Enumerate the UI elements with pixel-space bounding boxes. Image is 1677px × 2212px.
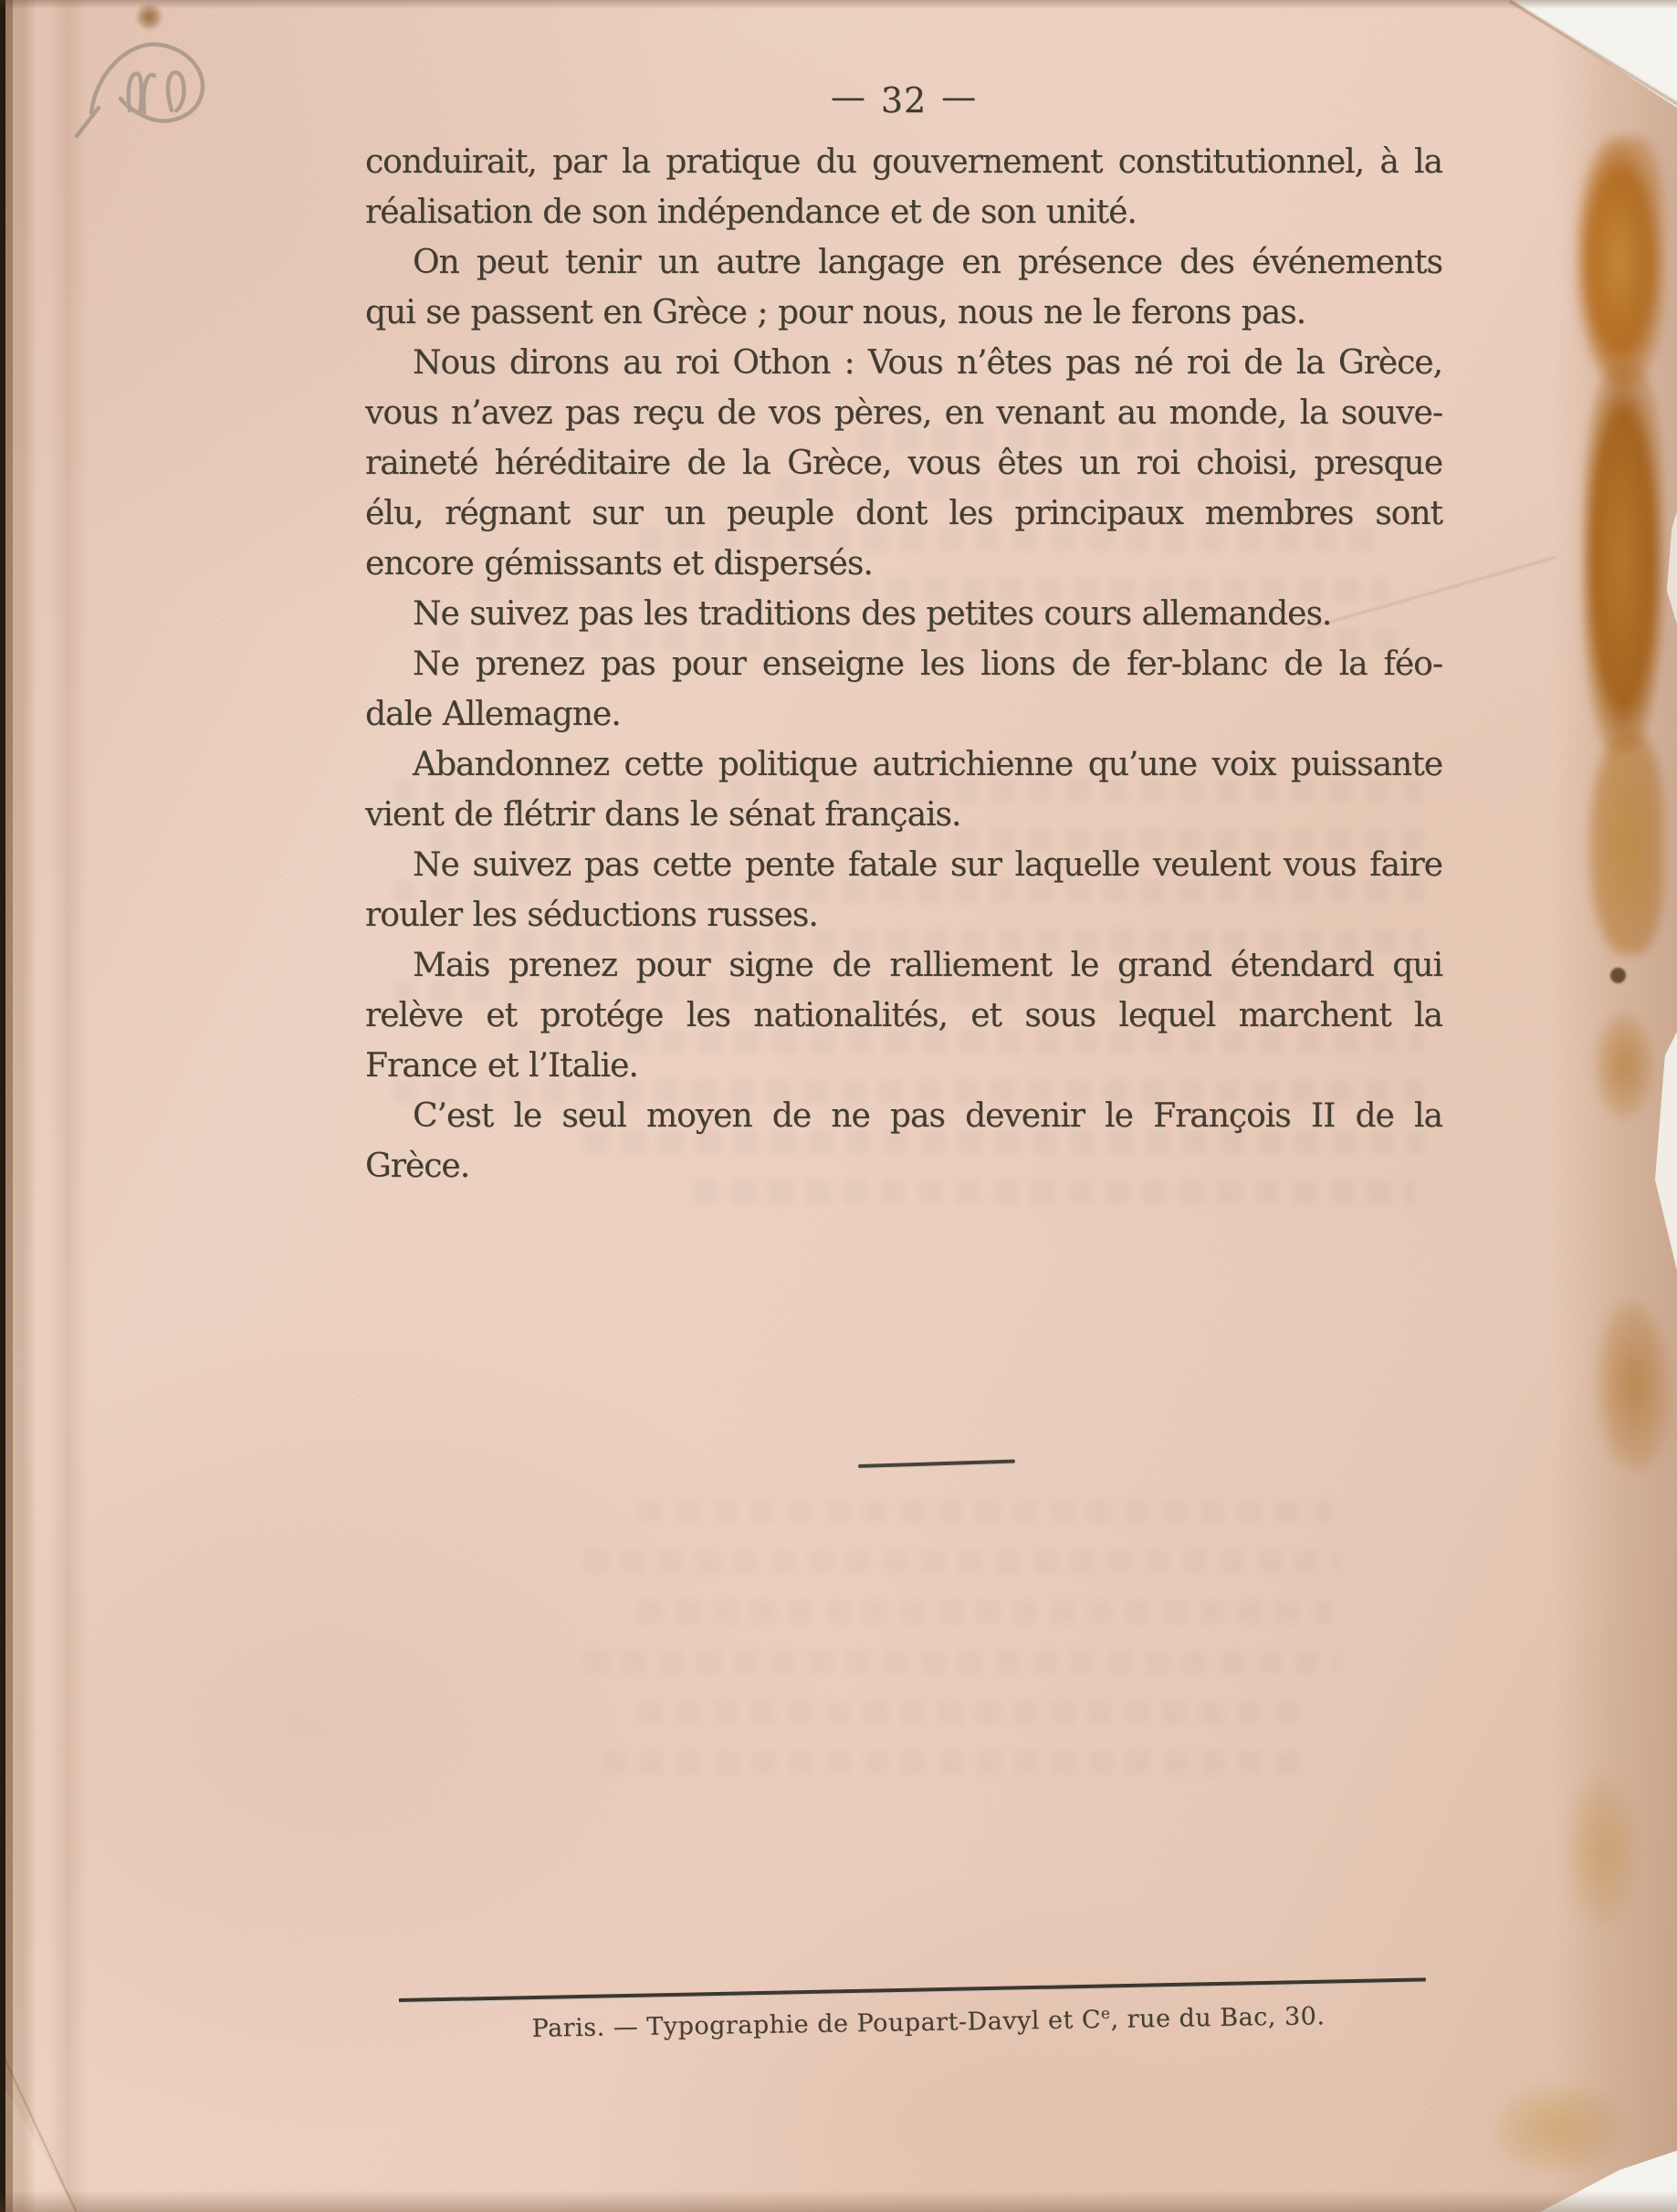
page-edge-top — [0, 0, 1677, 9]
page-number: 32 — [881, 80, 927, 121]
text-line: dale Allemagne. — [365, 689, 1442, 739]
text-line: France et l’Italie. — [365, 1041, 1442, 1091]
pencil-annotation — [71, 26, 236, 144]
ghost-showthrough-line — [639, 1500, 1333, 1524]
ghost-showthrough-line — [584, 1651, 1342, 1674]
text-line: Nous dirons au roi Othon : Vous n’êtes p… — [365, 338, 1442, 388]
header-dash-left: — — [831, 77, 866, 117]
ghost-showthrough-line — [603, 1751, 1315, 1775]
text-line: Mais prenez pour signe de ralliement le … — [365, 940, 1442, 991]
text-line: C’est le seul moyen de ne pas devenir le… — [365, 1091, 1442, 1141]
page-edge-bottom — [0, 2190, 1677, 2212]
text-line: réalisation de son indépendance et de so… — [365, 187, 1442, 237]
text-line: élu, régnant sur un peuple dont les prin… — [365, 488, 1442, 539]
page-header: —32— — [365, 80, 1442, 121]
text-line: raineté héréditaire de la Grèce, vous êt… — [365, 438, 1442, 488]
ghost-showthrough-line — [639, 1600, 1333, 1624]
section-divider-rule — [858, 1460, 1015, 1468]
body-text: conduirait, par la pratique du gouvernem… — [365, 137, 1442, 1191]
text-line: Ne prenez pas pour enseigne les lions de… — [365, 639, 1442, 689]
imprint-text: , rue du Bac, 30. — [1110, 2002, 1325, 2034]
text-line: conduirait, par la pratique du gouvernem… — [365, 137, 1442, 187]
text-line: relève et protége les nationalités, et s… — [365, 991, 1442, 1041]
text-line: qui se passent en Grèce ; pour nous, nou… — [365, 288, 1442, 338]
header-dash-right: — — [941, 77, 977, 117]
scanned-book-page: —32— conduirait, par la pratique du gouv… — [0, 0, 1677, 2212]
text-line: On peut tenir un autre langage en présen… — [365, 237, 1442, 288]
imprint-text: Paris. — Typographie de Poupart-Davyl et… — [531, 2006, 1101, 2043]
paper-crease-left — [49, 0, 88, 2212]
text-line: Abandonnez cette politique autrichienne … — [365, 739, 1442, 790]
text-line: Grèce. — [365, 1141, 1442, 1191]
text-line: vous n’avez pas reçu de vos pères, en ve… — [365, 388, 1442, 438]
page-edge-right-band — [1552, 0, 1677, 2212]
page-edge-left — [0, 0, 37, 2212]
text-line: Ne suivez pas cette pente fatale sur laq… — [365, 840, 1442, 890]
ghost-showthrough-line — [584, 1550, 1342, 1574]
text-line: encore gémissants et dispersés. — [365, 539, 1442, 589]
footer-imprint: Paris. — Typographie de Poupart-Davyl et… — [399, 1998, 1458, 2045]
text-line: rouler les séductions russes. — [365, 890, 1442, 940]
text-line: vient de flétrir dans le sénat français. — [365, 790, 1442, 840]
text-line: Ne suivez pas les traditions des petites… — [365, 589, 1442, 639]
ghost-showthrough-line — [639, 1701, 1315, 1725]
footer-rule — [399, 1977, 1426, 2002]
